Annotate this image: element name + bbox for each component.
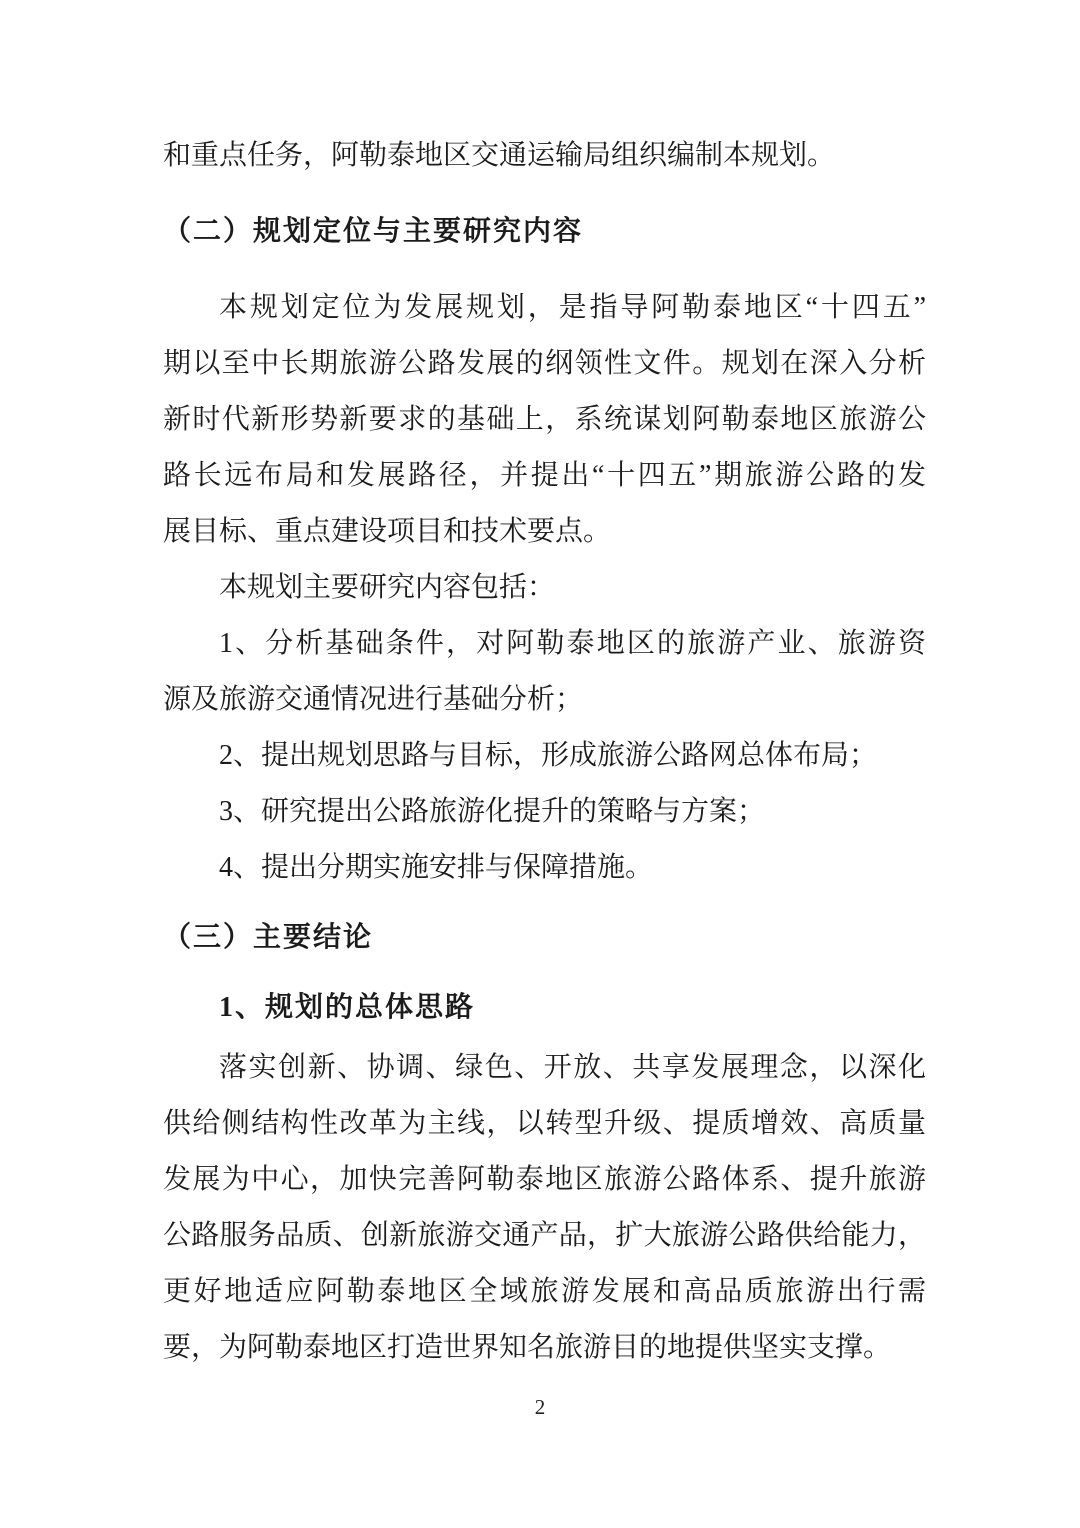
document-page: 和重点任务，阿勒泰地区交通运输局组织编制本规划。（二）规划定位与主要研究内容本规… bbox=[0, 0, 1080, 1528]
text-line: 更好地适应阿勒泰地区全域旅游发展和高品质旅游出行需 bbox=[163, 1264, 926, 1320]
text-line: 源及旅游交通情况进行基础分析； bbox=[163, 672, 926, 728]
text-line: 3、研究提出公路旅游化提升的策略与方案； bbox=[163, 784, 926, 840]
text-line: 供给侧结构性改革为主线，以转型升级、提质增效、高质量 bbox=[163, 1096, 926, 1152]
text-line: 本规划定位为发展规划，是指导阿勒泰地区“十四五” bbox=[163, 280, 926, 336]
paragraph: 本规划主要研究内容包括： bbox=[163, 560, 926, 616]
section-heading: （二）规划定位与主要研究内容 bbox=[163, 204, 926, 260]
paragraph: 4、提出分期实施安排与保障措施。 bbox=[163, 840, 926, 896]
paragraph: 2、提出规划思路与目标，形成旅游公路网总体布局； bbox=[163, 728, 926, 784]
paragraph: 本规划定位为发展规划，是指导阿勒泰地区“十四五”期以至中长期旅游公路发展的纲领性… bbox=[163, 280, 926, 560]
paragraph: 和重点任务，阿勒泰地区交通运输局组织编制本规划。 bbox=[163, 128, 926, 184]
paragraph: 1、分析基础条件，对阿勒泰地区的旅游产业、旅游资源及旅游交通情况进行基础分析； bbox=[163, 616, 926, 728]
text-line: 2、提出规划思路与目标，形成旅游公路网总体布局； bbox=[163, 728, 926, 784]
text-line: 和重点任务，阿勒泰地区交通运输局组织编制本规划。 bbox=[163, 128, 926, 184]
text-line: 4、提出分期实施安排与保障措施。 bbox=[163, 840, 926, 896]
section-heading: （三）主要结论 bbox=[163, 910, 926, 966]
document-content: 和重点任务，阿勒泰地区交通运输局组织编制本规划。（二）规划定位与主要研究内容本规… bbox=[163, 128, 926, 1376]
text-line: 公路服务品质、创新旅游交通产品，扩大旅游公路供给能力， bbox=[163, 1208, 926, 1264]
text-line: 本规划主要研究内容包括： bbox=[163, 560, 926, 616]
subsection-heading: 1、规划的总体思路 bbox=[163, 980, 926, 1036]
text-line: 要，为阿勒泰地区打造世界知名旅游目的地提供坚实支撑。 bbox=[163, 1320, 926, 1376]
text-line: 1、分析基础条件，对阿勒泰地区的旅游产业、旅游资 bbox=[163, 616, 926, 672]
page-number: 2 bbox=[0, 1392, 1080, 1422]
paragraph: 3、研究提出公路旅游化提升的策略与方案； bbox=[163, 784, 926, 840]
text-line: 展目标、重点建设项目和技术要点。 bbox=[163, 504, 926, 560]
text-line: 期以至中长期旅游公路发展的纲领性文件。规划在深入分析 bbox=[163, 336, 926, 392]
text-line: 路长远布局和发展路径，并提出“十四五”期旅游公路的发 bbox=[163, 448, 926, 504]
text-line: 新时代新形势新要求的基础上，系统谋划阿勒泰地区旅游公 bbox=[163, 392, 926, 448]
text-line: 发展为中心，加快完善阿勒泰地区旅游公路体系、提升旅游 bbox=[163, 1152, 926, 1208]
text-line: 落实创新、协调、绿色、开放、共享发展理念，以深化 bbox=[163, 1040, 926, 1096]
paragraph: 落实创新、协调、绿色、开放、共享发展理念，以深化供给侧结构性改革为主线，以转型升… bbox=[163, 1040, 926, 1376]
